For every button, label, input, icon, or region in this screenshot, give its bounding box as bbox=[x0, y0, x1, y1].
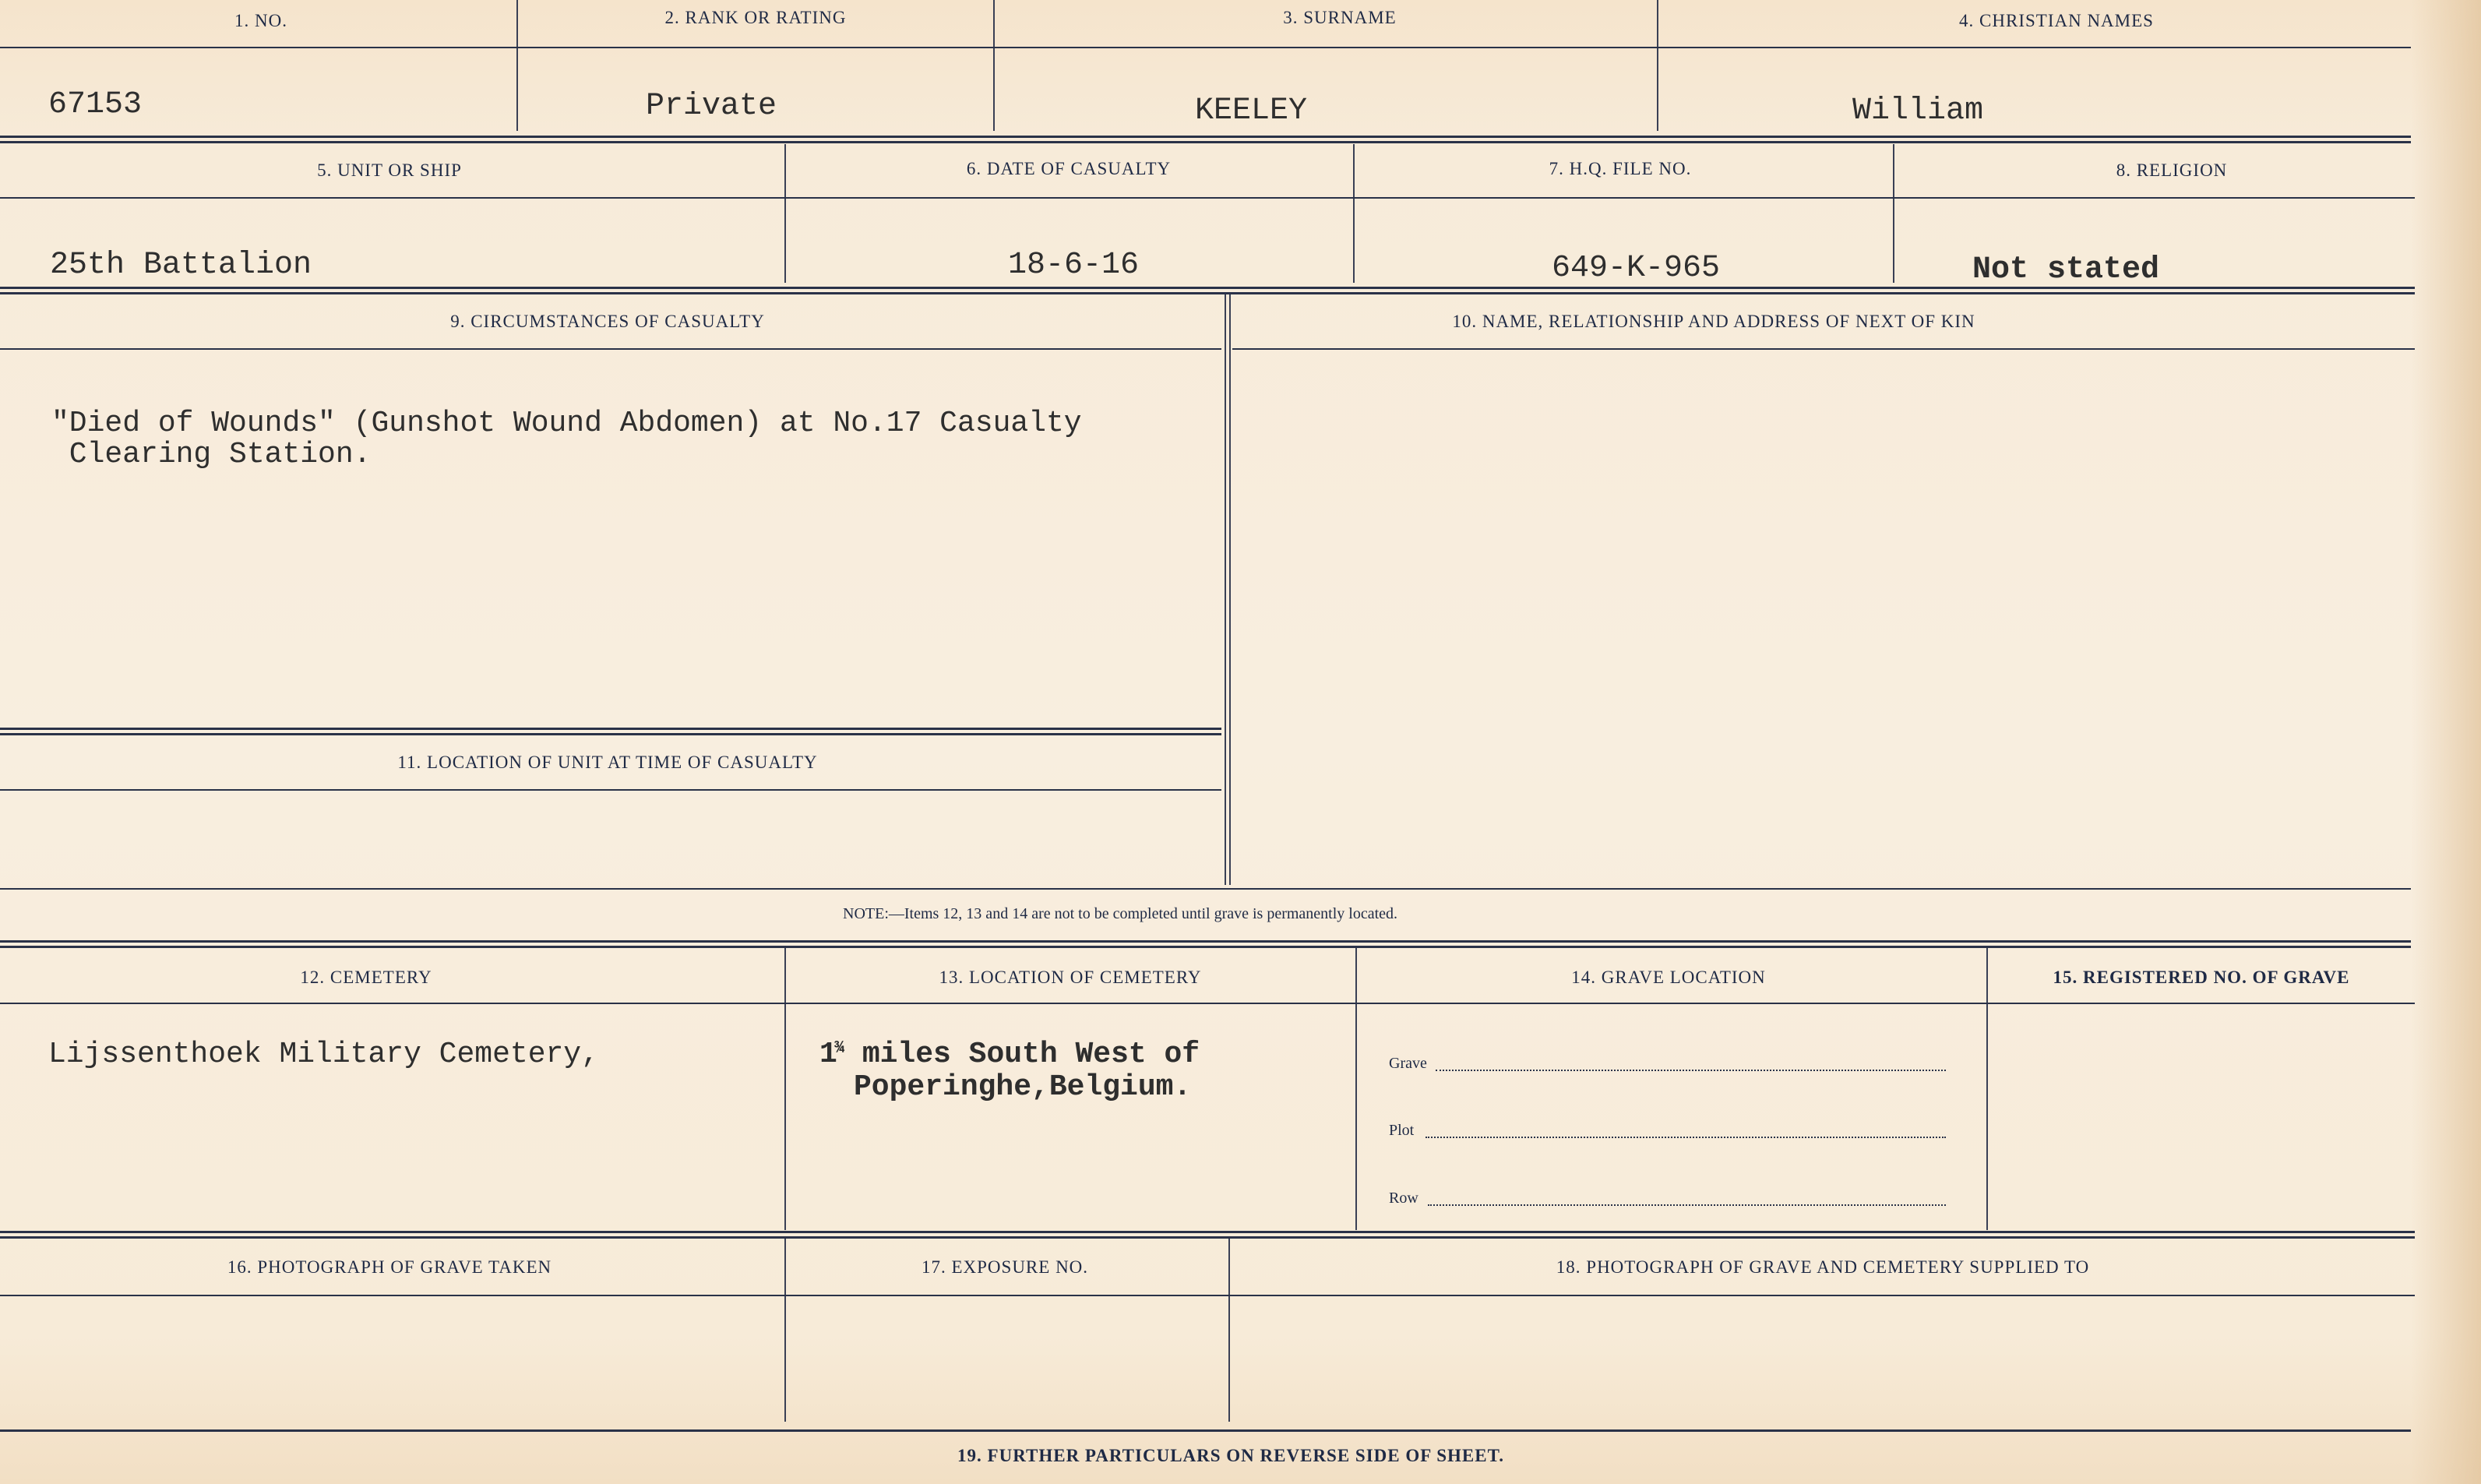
divider bbox=[1657, 0, 1658, 131]
rule bbox=[0, 1003, 2415, 1004]
row-field[interactable] bbox=[1428, 1204, 1946, 1206]
divider bbox=[784, 948, 786, 1230]
label-surname: 3. SURNAME bbox=[1283, 8, 1396, 28]
plot-field[interactable] bbox=[1426, 1137, 1946, 1138]
label-hq-file: 7. H.Q. FILE NO. bbox=[1549, 159, 1692, 179]
note-text: NOTE:—Items 12, 13 and 14 are not to be … bbox=[843, 905, 1397, 923]
label-no: 1. NO. bbox=[234, 11, 287, 31]
value-religion: Not stated bbox=[1972, 252, 2159, 287]
label-row: Row bbox=[1389, 1190, 1418, 1207]
label-grave: Grave bbox=[1389, 1055, 1427, 1073]
label-christian-names: 4. CHRISTIAN NAMES bbox=[1959, 11, 2154, 31]
rule bbox=[0, 728, 1221, 730]
rule bbox=[0, 136, 2411, 138]
label-photo-supplied: 18. PHOTOGRAPH OF GRAVE AND CEMETERY SUP… bbox=[1556, 1257, 2089, 1278]
label-registered-no: 15. REGISTERED NO. OF GRAVE bbox=[2053, 968, 2349, 988]
rule bbox=[0, 888, 2411, 890]
rule bbox=[0, 1231, 2415, 1233]
label-unit: 5. UNIT OR SHIP bbox=[317, 160, 462, 181]
rule bbox=[0, 1429, 2411, 1432]
label-circumstances: 9. CIRCUMSTANCES OF CASUALTY bbox=[450, 312, 765, 332]
label-rank: 2. RANK OR RATING bbox=[665, 8, 847, 28]
rule bbox=[0, 946, 2411, 948]
value-hq-file: 649-K-965 bbox=[1552, 251, 1720, 286]
label-date: 6. DATE OF CASUALTY bbox=[967, 159, 1171, 179]
rule bbox=[0, 348, 1221, 350]
divider bbox=[1229, 294, 1231, 885]
grave-field[interactable] bbox=[1436, 1070, 1946, 1071]
divider bbox=[516, 0, 518, 131]
rule bbox=[0, 197, 2415, 199]
value-location-of-cemetery-line2: Poperinghe,Belgium. bbox=[854, 1070, 1191, 1104]
value-christian-names: William bbox=[1852, 93, 1983, 129]
value-date: 18-6-16 bbox=[1008, 248, 1139, 283]
rule bbox=[0, 733, 1221, 735]
value-unit: 25th Battalion bbox=[50, 248, 312, 283]
value-surname: KEELEY bbox=[1195, 93, 1307, 129]
divider bbox=[784, 144, 786, 283]
label-next-of-kin: 10. NAME, RELATIONSHIP AND ADDRESS OF NE… bbox=[1452, 312, 1975, 332]
value-circumstances-line1: "Died of Wounds" (Gunshot Wound Abdomen)… bbox=[51, 407, 1082, 440]
rule bbox=[0, 940, 2411, 943]
rule bbox=[0, 1236, 2415, 1239]
divider bbox=[1893, 144, 1894, 283]
location-rest: miles South West of bbox=[844, 1038, 1200, 1071]
divider bbox=[1355, 948, 1357, 1230]
label-further-particulars: 19. FURTHER PARTICULARS ON REVERSE SIDE … bbox=[957, 1446, 1504, 1466]
divider bbox=[784, 1239, 786, 1422]
rule bbox=[0, 292, 2415, 294]
rule bbox=[1232, 348, 2415, 350]
fraction-part: ¾ bbox=[834, 1038, 844, 1058]
rule bbox=[0, 141, 2411, 143]
label-plot: Plot bbox=[1389, 1122, 1414, 1140]
rule bbox=[0, 287, 2415, 289]
label-location-of-cemetery: 13. LOCATION OF CEMETERY bbox=[939, 968, 1201, 988]
rule bbox=[0, 47, 2411, 48]
value-cemetery: Lijssenthoek Military Cemetery, bbox=[48, 1038, 599, 1071]
divider bbox=[1353, 144, 1355, 283]
divider bbox=[993, 0, 995, 131]
paper-edge-shading bbox=[2411, 0, 2481, 1484]
value-rank: Private bbox=[646, 89, 777, 124]
rule bbox=[0, 789, 1221, 791]
rule bbox=[0, 1295, 2415, 1296]
divider bbox=[1228, 1239, 1230, 1422]
value-circumstances-line2: Clearing Station. bbox=[51, 438, 371, 471]
label-religion: 8. RELIGION bbox=[2116, 160, 2228, 181]
value-no: 67153 bbox=[48, 87, 142, 122]
label-grave-location: 14. GRAVE LOCATION bbox=[1571, 968, 1766, 988]
label-photo-taken: 16. PHOTOGRAPH OF GRAVE TAKEN bbox=[227, 1257, 552, 1278]
divider bbox=[1225, 294, 1226, 885]
label-cemetery: 12. CEMETERY bbox=[300, 968, 432, 988]
label-exposure-no: 17. EXPOSURE NO. bbox=[922, 1257, 1088, 1278]
divider bbox=[1986, 948, 1988, 1230]
label-location-of-unit: 11. LOCATION OF UNIT AT TIME OF CASUALTY bbox=[397, 753, 817, 773]
value-location-of-cemetery-line1: 1¾ miles South West of bbox=[819, 1038, 1200, 1071]
